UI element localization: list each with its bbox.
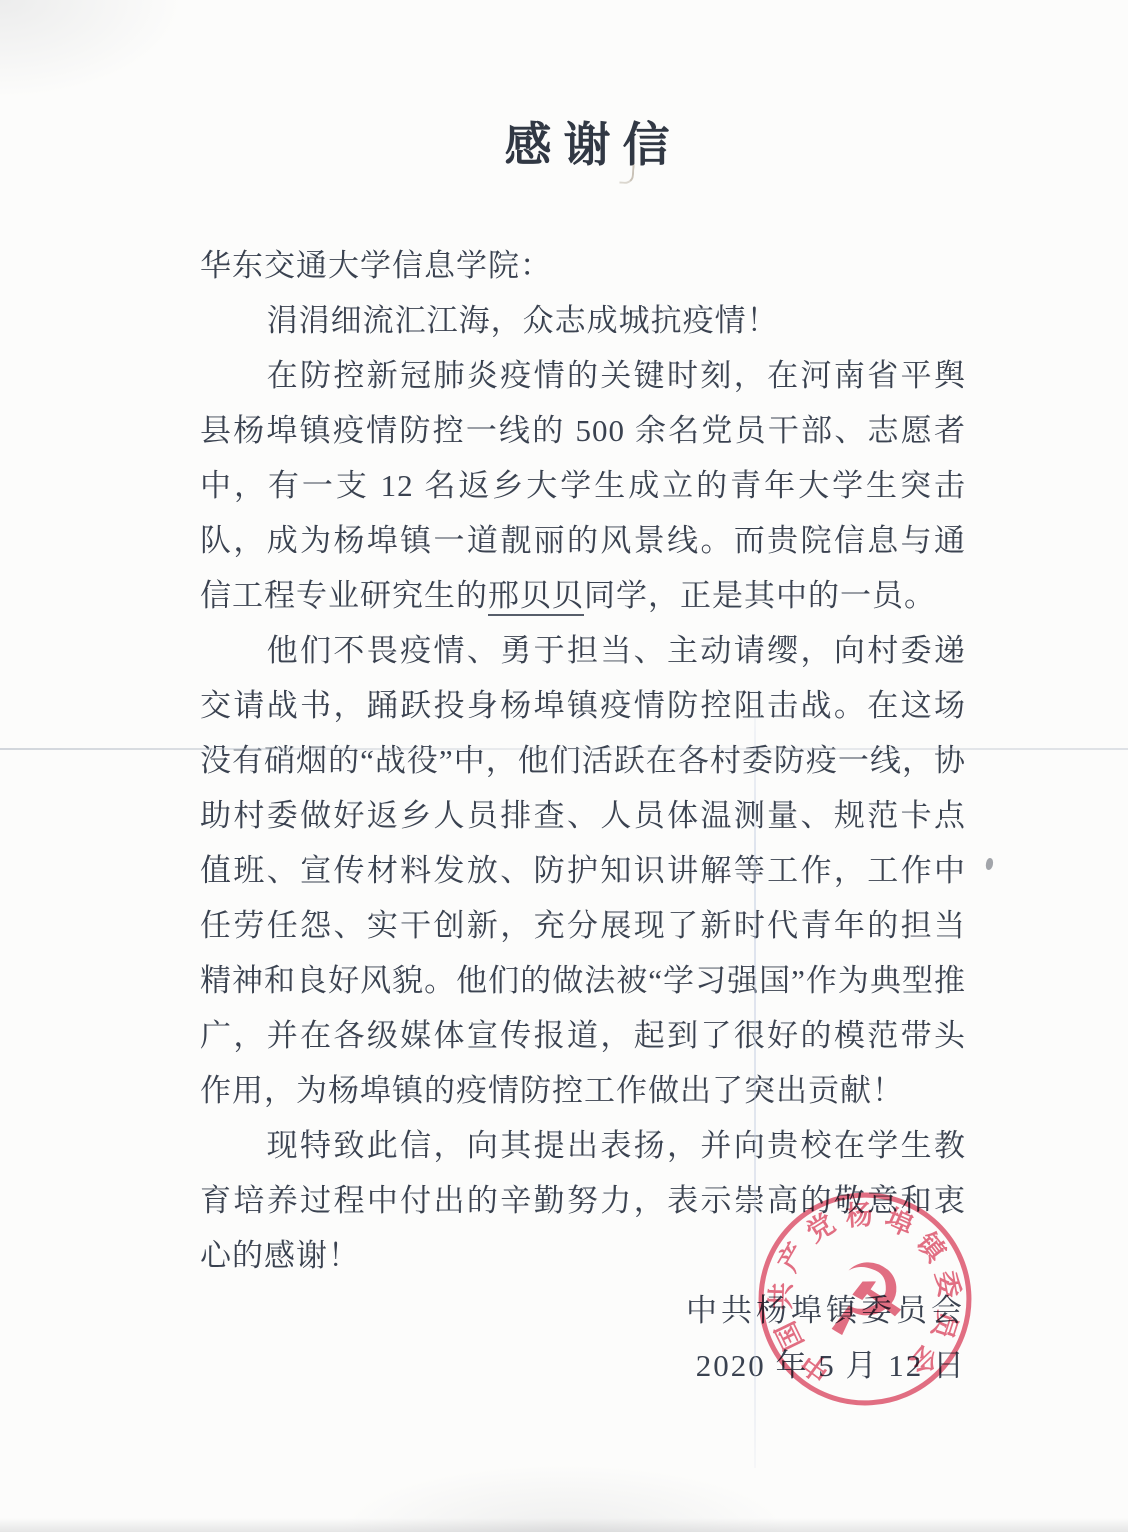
scanned-letter-page: { "document": { "title": "感谢信", "salutat… bbox=[0, 0, 1128, 1532]
student-name-underlined: 邢贝贝 bbox=[488, 578, 584, 616]
paragraph-intro-pre: 在防控新冠肺炎疫情的关键时刻，在河南省平舆县杨埠镇疫情防控一线的 500 余名党… bbox=[200, 358, 966, 613]
seal-ring-char: 委 bbox=[930, 1268, 964, 1300]
seal-ring-char: 共 bbox=[766, 1282, 797, 1310]
margin-ink-mark bbox=[985, 857, 994, 870]
official-red-seal: 中国共产党杨埠镇委员会 ☭ bbox=[744, 1178, 985, 1419]
paragraph-deeds: 他们不畏疫情、勇于担当、主动请缨，向村委递交请战书，踊跃投身杨埠镇疫情防控阻击战… bbox=[200, 623, 966, 1118]
paragraph-intro: 在防控新冠肺炎疫情的关键时刻，在河南省平舆县杨埠镇疫情防控一线的 500 余名党… bbox=[200, 348, 966, 623]
letter-title: 感谢信 bbox=[0, 108, 1128, 175]
salutation: 华东交通大学信息学院： bbox=[200, 238, 966, 293]
slogan-line: 涓涓细流汇江海，众志成城抗疫情！ bbox=[200, 293, 966, 348]
paragraph-intro-post: 同学，正是其中的一员。 bbox=[584, 578, 936, 613]
seal-ring-char: 杨 bbox=[845, 1200, 874, 1232]
hammer-and-sickle-icon: ☭ bbox=[818, 1240, 912, 1359]
seal-ring-char: 员 bbox=[926, 1307, 963, 1344]
